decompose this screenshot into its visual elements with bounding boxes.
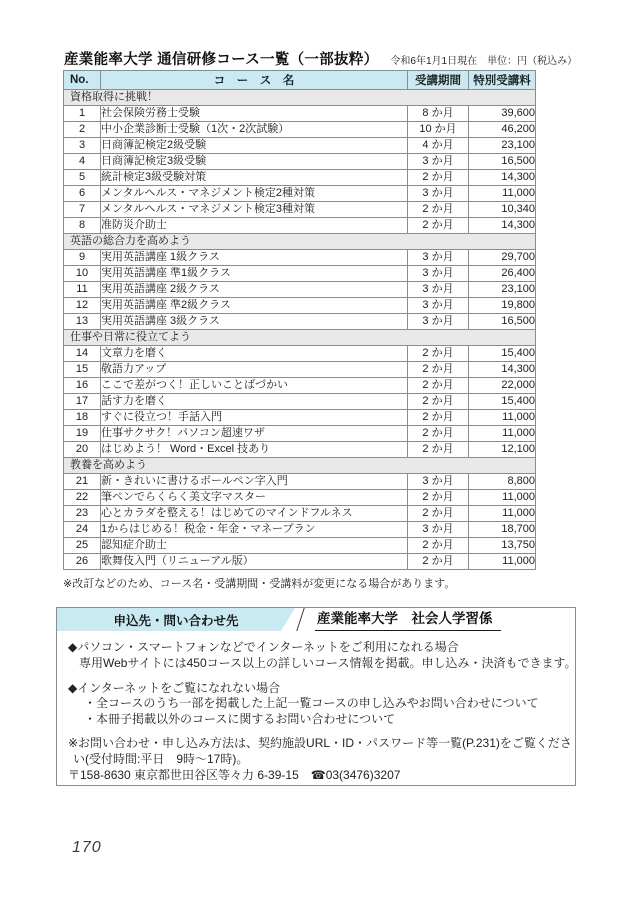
section-row: 仕事や日常に役立てよう xyxy=(64,330,536,346)
cell-fee: 19,800 xyxy=(469,298,536,314)
contact-note-line2: い(受付時間:平日 9時～17時)。 xyxy=(68,752,565,768)
cell-name: 実用英語講座 1級クラス xyxy=(101,250,408,266)
table-row: 25認知症介助士2 か月13,750 xyxy=(64,538,536,554)
cell-period: 2 か月 xyxy=(408,442,469,458)
contact-para2-bullet1: ・全コースのうち一部を掲載した上記一覧コースの申し込みやお問い合わせについて xyxy=(68,696,565,712)
cell-no: 12 xyxy=(64,298,101,314)
cell-period: 3 か月 xyxy=(408,474,469,490)
cell-no: 14 xyxy=(64,346,101,362)
cell-period: 3 か月 xyxy=(408,186,469,202)
cell-fee: 11,000 xyxy=(469,554,536,570)
cell-period: 2 か月 xyxy=(408,506,469,522)
cell-name: 実用英語講座 準2級クラス xyxy=(101,298,408,314)
cell-fee: 11,000 xyxy=(469,410,536,426)
contact-header: 申込先・問い合わせ先 産業能率大学 社会人学習係 xyxy=(57,608,575,633)
col-header-no: No. xyxy=(64,71,101,90)
cell-name: 中小企業診断士受験（1次・2次試験） xyxy=(101,122,408,138)
table-row: 14文章力を磨く2 か月15,400 xyxy=(64,346,536,362)
cell-fee: 11,000 xyxy=(469,490,536,506)
cell-no: 24 xyxy=(64,522,101,538)
cell-no: 20 xyxy=(64,442,101,458)
cell-no: 2 xyxy=(64,122,101,138)
cell-period: 2 か月 xyxy=(408,490,469,506)
cell-name: 准防災介助士 xyxy=(101,218,408,234)
cell-period: 2 か月 xyxy=(408,218,469,234)
table-row: 13実用英語講座 3級クラス3 か月16,500 xyxy=(64,314,536,330)
cell-no: 18 xyxy=(64,410,101,426)
table-row: 21新・きれいに書けるボールペン字入門3 か月8,800 xyxy=(64,474,536,490)
cell-no: 16 xyxy=(64,378,101,394)
col-header-course-name: コ ー ス 名 xyxy=(101,71,408,90)
table-row: 17話す力を磨く2 か月15,400 xyxy=(64,394,536,410)
cell-period: 3 か月 xyxy=(408,266,469,282)
cell-name: 認知症介助士 xyxy=(101,538,408,554)
cell-name: メンタルヘルス・マネジメント検定2種対策 xyxy=(101,186,408,202)
cell-period: 4 か月 xyxy=(408,138,469,154)
cell-no: 15 xyxy=(64,362,101,378)
cell-no: 26 xyxy=(64,554,101,570)
cell-period: 3 か月 xyxy=(408,522,469,538)
cell-name: はじめよう！ Word・Excel 技あり xyxy=(101,442,408,458)
cell-period: 2 か月 xyxy=(408,170,469,186)
cell-name: ここで差がつく！正しいことばづかい xyxy=(101,378,408,394)
cell-fee: 8,800 xyxy=(469,474,536,490)
section-title: 資格取得に挑戦！ xyxy=(64,90,536,106)
cell-no: 9 xyxy=(64,250,101,266)
cell-fee: 15,400 xyxy=(469,346,536,362)
table-row: 6メンタルヘルス・マネジメント検定2種対策3 か月11,000 xyxy=(64,186,536,202)
cell-no: 5 xyxy=(64,170,101,186)
cell-no: 23 xyxy=(64,506,101,522)
col-header-period: 受講期間 xyxy=(408,71,469,90)
cell-no: 1 xyxy=(64,106,101,122)
cell-name: 日商簿記検定2級受験 xyxy=(101,138,408,154)
table-row: 5統計検定3級受験対策2 か月14,300 xyxy=(64,170,536,186)
title-row: 産業能率大学 通信研修コース一覧（一部抜粋） 令和6年1月1日現在 単位：円（税… xyxy=(64,48,577,69)
table-row: 2中小企業診断士受験（1次・2次試験）10 か月46,200 xyxy=(64,122,536,138)
cell-fee: 23,100 xyxy=(469,138,536,154)
cell-no: 7 xyxy=(64,202,101,218)
cell-no: 13 xyxy=(64,314,101,330)
table-row: 9実用英語講座 1級クラス3 か月29,700 xyxy=(64,250,536,266)
table-row: 23心とカラダを整える！はじめてのマインドフルネス2 か月11,000 xyxy=(64,506,536,522)
cell-name: 実用英語講座 準1級クラス xyxy=(101,266,408,282)
cell-name: メンタルヘルス・マネジメント検定3種対策 xyxy=(101,202,408,218)
cell-name: 心とカラダを整える！はじめてのマインドフルネス xyxy=(101,506,408,522)
cell-no: 21 xyxy=(64,474,101,490)
contact-para2-bullet2: ・本冊子掲載以外のコースに関するお問い合わせについて xyxy=(68,712,565,728)
col-header-fee: 特別受講料 xyxy=(469,71,536,90)
contact-band-title: 産業能率大学 社会人学習係 xyxy=(315,608,501,631)
cell-name: 新・きれいに書けるボールペン字入門 xyxy=(101,474,408,490)
cell-period: 10 か月 xyxy=(408,122,469,138)
cell-period: 2 か月 xyxy=(408,394,469,410)
cell-fee: 29,700 xyxy=(469,250,536,266)
cell-no: 11 xyxy=(64,282,101,298)
cell-fee: 11,000 xyxy=(469,426,536,442)
cell-period: 3 か月 xyxy=(408,298,469,314)
cell-name: 統計検定3級受験対策 xyxy=(101,170,408,186)
table-row: 12実用英語講座 準2級クラス3 か月19,800 xyxy=(64,298,536,314)
table-row: 4日商簿記検定3級受験3 か月16,500 xyxy=(64,154,536,170)
contact-para1-heading: ◆パソコン・スマートフォンなどでインターネットをご利用になれる場合 xyxy=(68,640,565,656)
cell-period: 2 か月 xyxy=(408,346,469,362)
cell-name: 1からはじめる！税金・年金・マネープラン xyxy=(101,522,408,538)
page-number: 170 xyxy=(72,839,102,857)
contact-para1-body: 専用Webサイトには450コース以上の詳しいコース情報を掲載。申し込み・決済もで… xyxy=(68,656,565,672)
cell-name: 敬語力アップ xyxy=(101,362,408,378)
table-footnote: ※改訂などのため、コース名・受講期間・受講料が変更になる場合があります。 xyxy=(63,575,455,591)
section-title: 仕事や日常に役立てよう xyxy=(64,330,536,346)
section-title: 英語の総合力を高めよう xyxy=(64,234,536,250)
table-row: 1社会保険労務士受験8 か月39,600 xyxy=(64,106,536,122)
document-page: 産業能率大学 通信研修コース一覧（一部抜粋） 令和6年1月1日現在 単位：円（税… xyxy=(0,0,636,900)
cell-name: 筆ペンでらくらく美文字マスター xyxy=(101,490,408,506)
table-row: 241からはじめる！税金・年金・マネープラン3 か月18,700 xyxy=(64,522,536,538)
table-row: 11実用英語講座 2級クラス3 か月23,100 xyxy=(64,282,536,298)
contact-para2-heading: ◆インターネットをご覧になれない場合 xyxy=(68,681,565,697)
cell-no: 19 xyxy=(64,426,101,442)
cell-period: 3 か月 xyxy=(408,282,469,298)
cell-no: 10 xyxy=(64,266,101,282)
table-header-row: No. コ ー ス 名 受講期間 特別受講料 xyxy=(64,71,536,90)
cell-fee: 14,300 xyxy=(469,218,536,234)
table-row: 3日商簿記検定2級受験4 か月23,100 xyxy=(64,138,536,154)
cell-fee: 11,000 xyxy=(469,186,536,202)
section-row: 教養を高めよう xyxy=(64,458,536,474)
cell-fee: 22,000 xyxy=(469,378,536,394)
cell-period: 3 か月 xyxy=(408,314,469,330)
cell-period: 2 か月 xyxy=(408,378,469,394)
section-title: 教養を高めよう xyxy=(64,458,536,474)
cell-fee: 46,200 xyxy=(469,122,536,138)
page-title: 産業能率大学 通信研修コース一覧（一部抜粋） xyxy=(64,48,378,69)
cell-name: 日商簿記検定3級受験 xyxy=(101,154,408,170)
cell-no: 8 xyxy=(64,218,101,234)
table-row: 19仕事サクサク！パソコン超速ワザ2 か月11,000 xyxy=(64,426,536,442)
cell-name: 実用英語講座 3級クラス xyxy=(101,314,408,330)
cell-name: 歌舞伎入門（リニューアル版） xyxy=(101,554,408,570)
cell-fee: 11,000 xyxy=(469,506,536,522)
cell-fee: 26,400 xyxy=(469,266,536,282)
cell-fee: 14,300 xyxy=(469,170,536,186)
contact-band-label: 申込先・問い合わせ先 xyxy=(57,608,295,631)
cell-period: 2 か月 xyxy=(408,202,469,218)
cell-fee: 15,400 xyxy=(469,394,536,410)
cell-name: 文章力を磨く xyxy=(101,346,408,362)
contact-address: 〒158-8630 東京都世田谷区等々力 6-39-15 ☎03(3476)32… xyxy=(68,768,565,784)
cell-fee: 10,340 xyxy=(469,202,536,218)
cell-period: 2 か月 xyxy=(408,362,469,378)
cell-period: 2 か月 xyxy=(408,410,469,426)
contact-body: ◆パソコン・スマートフォンなどでインターネットをご利用になれる場合 専用Webサ… xyxy=(57,633,575,784)
table-row: 20はじめよう！ Word・Excel 技あり2 か月12,100 xyxy=(64,442,536,458)
cell-period: 3 か月 xyxy=(408,154,469,170)
cell-fee: 16,500 xyxy=(469,154,536,170)
cell-fee: 14,300 xyxy=(469,362,536,378)
cell-fee: 23,100 xyxy=(469,282,536,298)
cell-no: 25 xyxy=(64,538,101,554)
table-row: 16ここで差がつく！正しいことばづかい2 か月22,000 xyxy=(64,378,536,394)
cell-fee: 18,700 xyxy=(469,522,536,538)
contact-note-line1: ※お問い合わせ・申し込み方法は、契約施設URL・ID・パスワード等一覧(P.23… xyxy=(68,736,565,752)
table-row: 15敬語力アップ2 か月14,300 xyxy=(64,362,536,378)
cell-no: 4 xyxy=(64,154,101,170)
table-row: 26歌舞伎入門（リニューアル版）2 か月11,000 xyxy=(64,554,536,570)
cell-period: 3 か月 xyxy=(408,250,469,266)
table-row: 18すぐに役立つ！手話入門2 か月11,000 xyxy=(64,410,536,426)
course-table: No. コ ー ス 名 受講期間 特別受講料 資格取得に挑戦！1社会保険労務士受… xyxy=(63,70,536,570)
cell-fee: 16,500 xyxy=(469,314,536,330)
cell-name: 仕事サクサク！パソコン超速ワザ xyxy=(101,426,408,442)
cell-period: 2 か月 xyxy=(408,426,469,442)
section-row: 英語の総合力を高めよう xyxy=(64,234,536,250)
cell-no: 22 xyxy=(64,490,101,506)
section-row: 資格取得に挑戦！ xyxy=(64,90,536,106)
cell-name: 話す力を磨く xyxy=(101,394,408,410)
cell-name: 実用英語講座 2級クラス xyxy=(101,282,408,298)
cell-no: 17 xyxy=(64,394,101,410)
table-row: 7メンタルヘルス・マネジメント検定3種対策2 か月10,340 xyxy=(64,202,536,218)
cell-fee: 39,600 xyxy=(469,106,536,122)
cell-fee: 13,750 xyxy=(469,538,536,554)
title-note: 令和6年1月1日現在 単位：円（税込み） xyxy=(390,52,577,67)
cell-no: 6 xyxy=(64,186,101,202)
cell-period: 8 か月 xyxy=(408,106,469,122)
cell-fee: 12,100 xyxy=(469,442,536,458)
cell-period: 2 か月 xyxy=(408,538,469,554)
contact-box: 申込先・問い合わせ先 産業能率大学 社会人学習係 ◆パソコン・スマートフォンなど… xyxy=(56,607,576,786)
cell-period: 2 か月 xyxy=(408,554,469,570)
table-row: 8准防災介助士2 か月14,300 xyxy=(64,218,536,234)
cell-name: すぐに役立つ！手話入門 xyxy=(101,410,408,426)
cell-name: 社会保険労務士受験 xyxy=(101,106,408,122)
table-row: 10実用英語講座 準1級クラス3 か月26,400 xyxy=(64,266,536,282)
table-row: 22筆ペンでらくらく美文字マスター2 か月11,000 xyxy=(64,490,536,506)
cell-no: 3 xyxy=(64,138,101,154)
